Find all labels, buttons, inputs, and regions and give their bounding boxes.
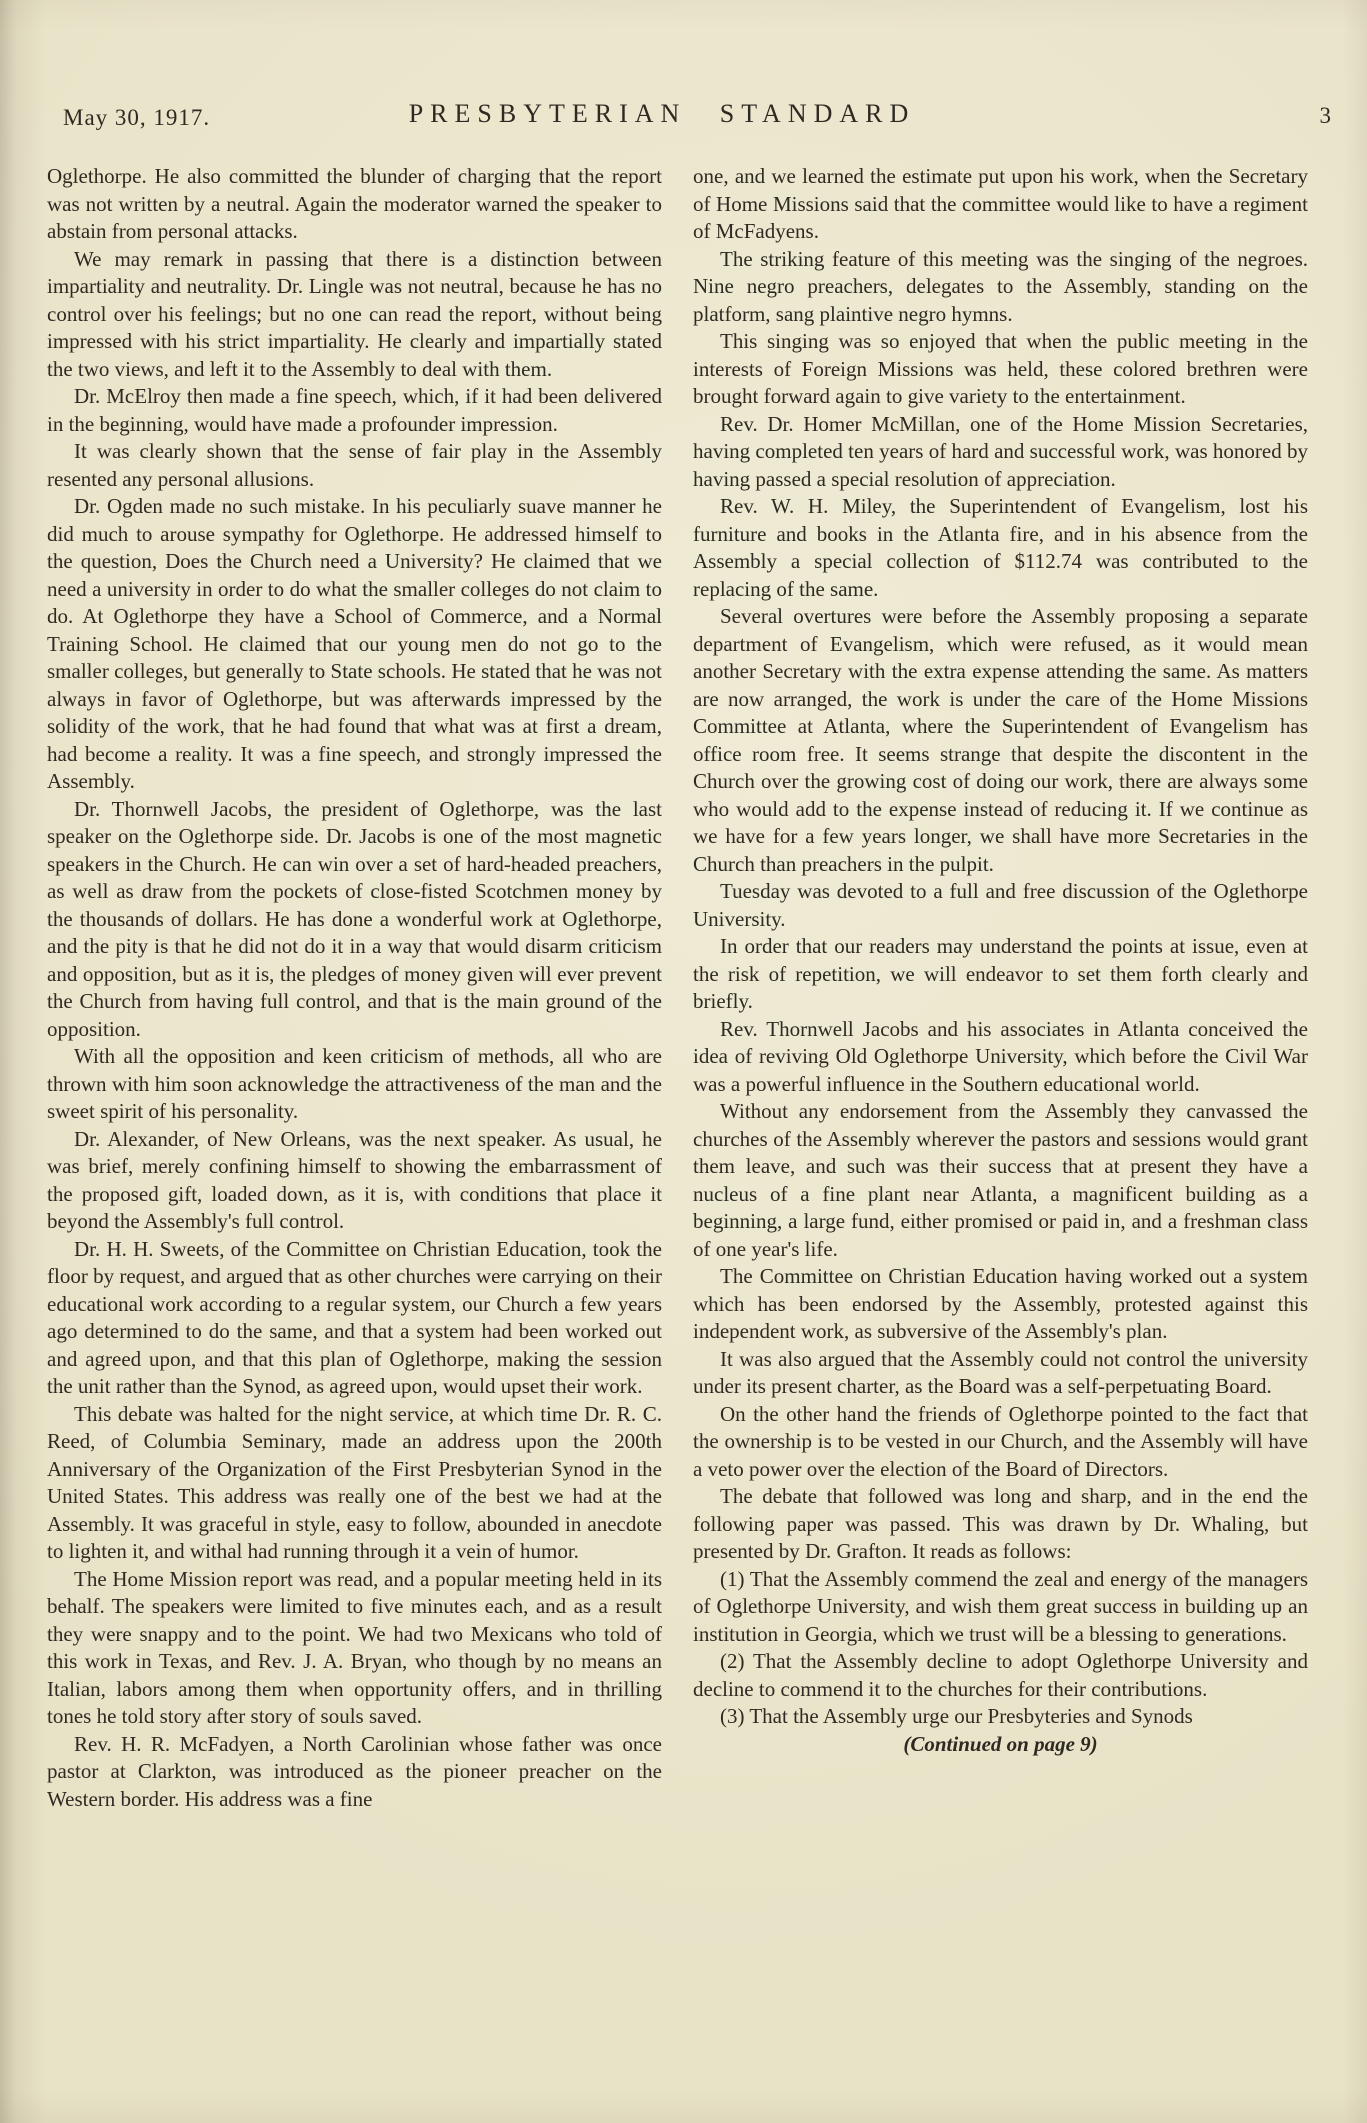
paragraph: In order that our readers may understand… xyxy=(693,933,1308,1016)
paragraph: Dr. Ogden made no such mistake. In his p… xyxy=(47,493,662,796)
paragraph: Rev. W. H. Miley, the Superintendent of … xyxy=(693,493,1308,603)
paragraph: It was clearly shown that the sense of f… xyxy=(47,438,662,493)
paragraph: The debate that followed was long and sh… xyxy=(693,1483,1308,1566)
paragraph: Without any endorsement from the Assembl… xyxy=(693,1098,1308,1263)
page-header: May 30, 1917. PRESBYTERIAN STANDARD 3 xyxy=(63,99,1337,141)
paragraph: Several overtures were before the Assemb… xyxy=(693,603,1308,878)
paragraph: Dr. McElroy then made a fine speech, whi… xyxy=(47,383,662,438)
left-column: Oglethorpe. He also committed the blunde… xyxy=(47,163,662,1813)
paragraph: Tuesday was devoted to a full and free d… xyxy=(693,878,1308,933)
paragraph: On the other hand the friends of Ogletho… xyxy=(693,1401,1308,1484)
paragraph: Rev. H. R. McFadyen, a North Carolinian … xyxy=(47,1731,662,1814)
paragraph: The striking feature of this meeting was… xyxy=(693,246,1308,329)
paragraph: Rev. Thornwell Jacobs and his associates… xyxy=(693,1016,1308,1099)
paragraph: Rev. Dr. Homer McMillan, one of the Home… xyxy=(693,411,1308,494)
article-body: Oglethorpe. He also committed the blunde… xyxy=(47,163,1308,1813)
paragraph: It was also argued that the Assembly cou… xyxy=(693,1346,1308,1401)
paragraph: (2) That the Assembly decline to adopt O… xyxy=(693,1648,1308,1703)
paragraph: Oglethorpe. He also committed the blunde… xyxy=(47,163,662,246)
paragraph: Dr. Thornwell Jacobs, the president of O… xyxy=(47,796,662,1044)
paragraph: This singing was so enjoyed that when th… xyxy=(693,328,1308,411)
paragraph: With all the opposition and keen critici… xyxy=(47,1043,662,1126)
paragraph: This debate was halted for the night ser… xyxy=(47,1401,662,1566)
publication-title: PRESBYTERIAN STANDARD xyxy=(63,99,1261,129)
paragraph: The Home Mission report was read, and a … xyxy=(47,1566,662,1731)
continued-on-page-notice: (Continued on page 9) xyxy=(693,1731,1308,1759)
paragraph: (3) That the Assembly urge our Presbyter… xyxy=(693,1703,1308,1731)
paragraph: Dr. Alexander, of New Orleans, was the n… xyxy=(47,1126,662,1236)
paragraph: one, and we learned the estimate put upo… xyxy=(693,163,1308,246)
paragraph: The Committee on Christian Education hav… xyxy=(693,1263,1308,1346)
paragraph: (1) That the Assembly commend the zeal a… xyxy=(693,1566,1308,1649)
right-column: one, and we learned the estimate put upo… xyxy=(693,163,1308,1813)
scanned-newspaper-page: May 30, 1917. PRESBYTERIAN STANDARD 3 Og… xyxy=(0,0,1367,2123)
page-number: 3 xyxy=(1320,103,1332,129)
paragraph: We may remark in passing that there is a… xyxy=(47,246,662,384)
paragraph: Dr. H. H. Sweets, of the Committee on Ch… xyxy=(47,1236,662,1401)
